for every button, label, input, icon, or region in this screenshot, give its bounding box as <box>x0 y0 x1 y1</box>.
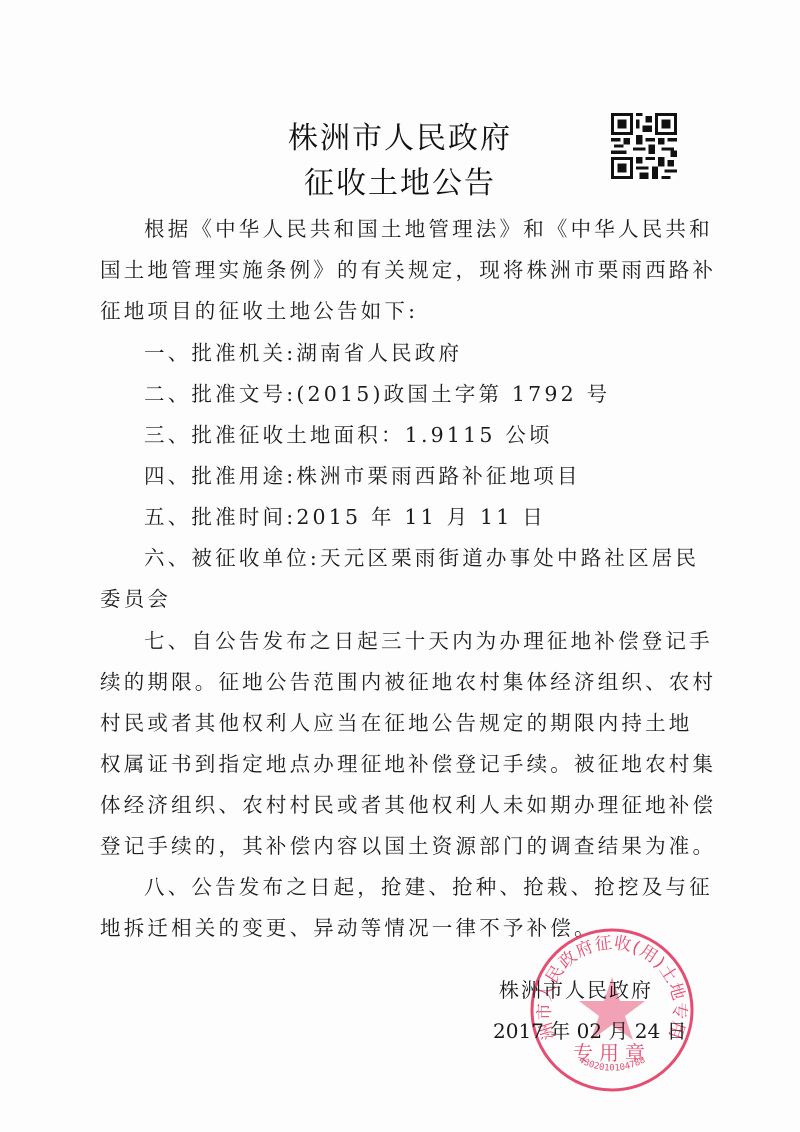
qr-code-icon <box>611 113 677 179</box>
item-purpose: 四、批准用途:株洲市栗雨西路补征地项目 <box>144 459 581 489</box>
intro-line: 征地项目的征收土地公告如下: <box>100 294 418 324</box>
item-value: 湖南省人民政府 <box>296 341 462 365</box>
intro-line: 国土地管理实施条例》的有关规定，现将株洲市栗雨西路补 <box>100 253 716 283</box>
issuer-heading: 株洲市人民政府 <box>0 113 800 157</box>
paragraph-line: 体经济组织、农村村民或者其他权利人未如期办理征地补偿 <box>100 788 716 818</box>
item-expropriated-unit-cont: 委员会 <box>100 582 171 612</box>
signature-issuer: 株洲市人民政府 <box>499 974 653 1003</box>
item-land-area: 三、批准征收土地面积：1.9115 公顷 <box>144 418 553 448</box>
item-value: 株洲市栗雨西路补征地项目 <box>296 464 580 488</box>
intro-line: 根据《中华人民共和国土地管理法》和《中华人民共和 <box>144 212 713 242</box>
signature-date: 2017 年 02 月 24 日 <box>493 1015 687 1044</box>
official-seal-stamp: 株洲市人民政府征收(用)土地专用章 专用章 4302010104788 <box>527 925 697 1095</box>
page-title: 征收土地公告 <box>0 158 800 202</box>
paragraph-line: 续的期限。征地公告范围内被征地农村集体经济组织、农村 <box>100 665 716 695</box>
paragraph-line: 村民或者其他权利人应当在征地公告规定的期限内持土地 <box>100 706 693 736</box>
item-label: 四、批准用途: <box>144 464 296 488</box>
item-no-compensation: 八、公告发布之日起，抢建、抢种、抢栽、抢挖及与征 <box>144 870 713 900</box>
item-value: 1.9115 公顷 <box>405 423 553 447</box>
item-label: 五、批准时间: <box>144 505 296 529</box>
item-expropriated-unit: 六、被征收单位:天元区栗雨街道办事处中路社区居民 <box>144 541 699 571</box>
item-label: 二、批准文号: <box>144 382 296 406</box>
item-label: 三、批准征收土地面积： <box>144 423 405 447</box>
paragraph-line: 权属证书到指定地点办理征地补偿登记手续。被征地农村集 <box>100 747 716 777</box>
item-approval-document: 二、批准文号:(2015)政国土字第 1792 号 <box>144 377 610 407</box>
paragraph-line: 登记手续的，其补偿内容以国土资源部门的调查结果为准。 <box>100 829 716 859</box>
item-approval-date: 五、批准时间:2015 年 11 月 11 日 <box>144 500 546 530</box>
item-approving-authority: 一、批准机关:湖南省人民政府 <box>144 336 462 366</box>
item-value: 2015 年 11 月 11 日 <box>296 505 546 529</box>
item-value: (2015)政国土字第 1792 号 <box>296 382 610 406</box>
item-registration-period: 七、自公告发布之日起三十天内为办理征地补偿登记手 <box>144 624 713 654</box>
item-label: 一、批准机关: <box>144 341 296 365</box>
paragraph-line: 地拆迁相关的变更、异动等情况一律不予补偿。 <box>100 911 598 941</box>
